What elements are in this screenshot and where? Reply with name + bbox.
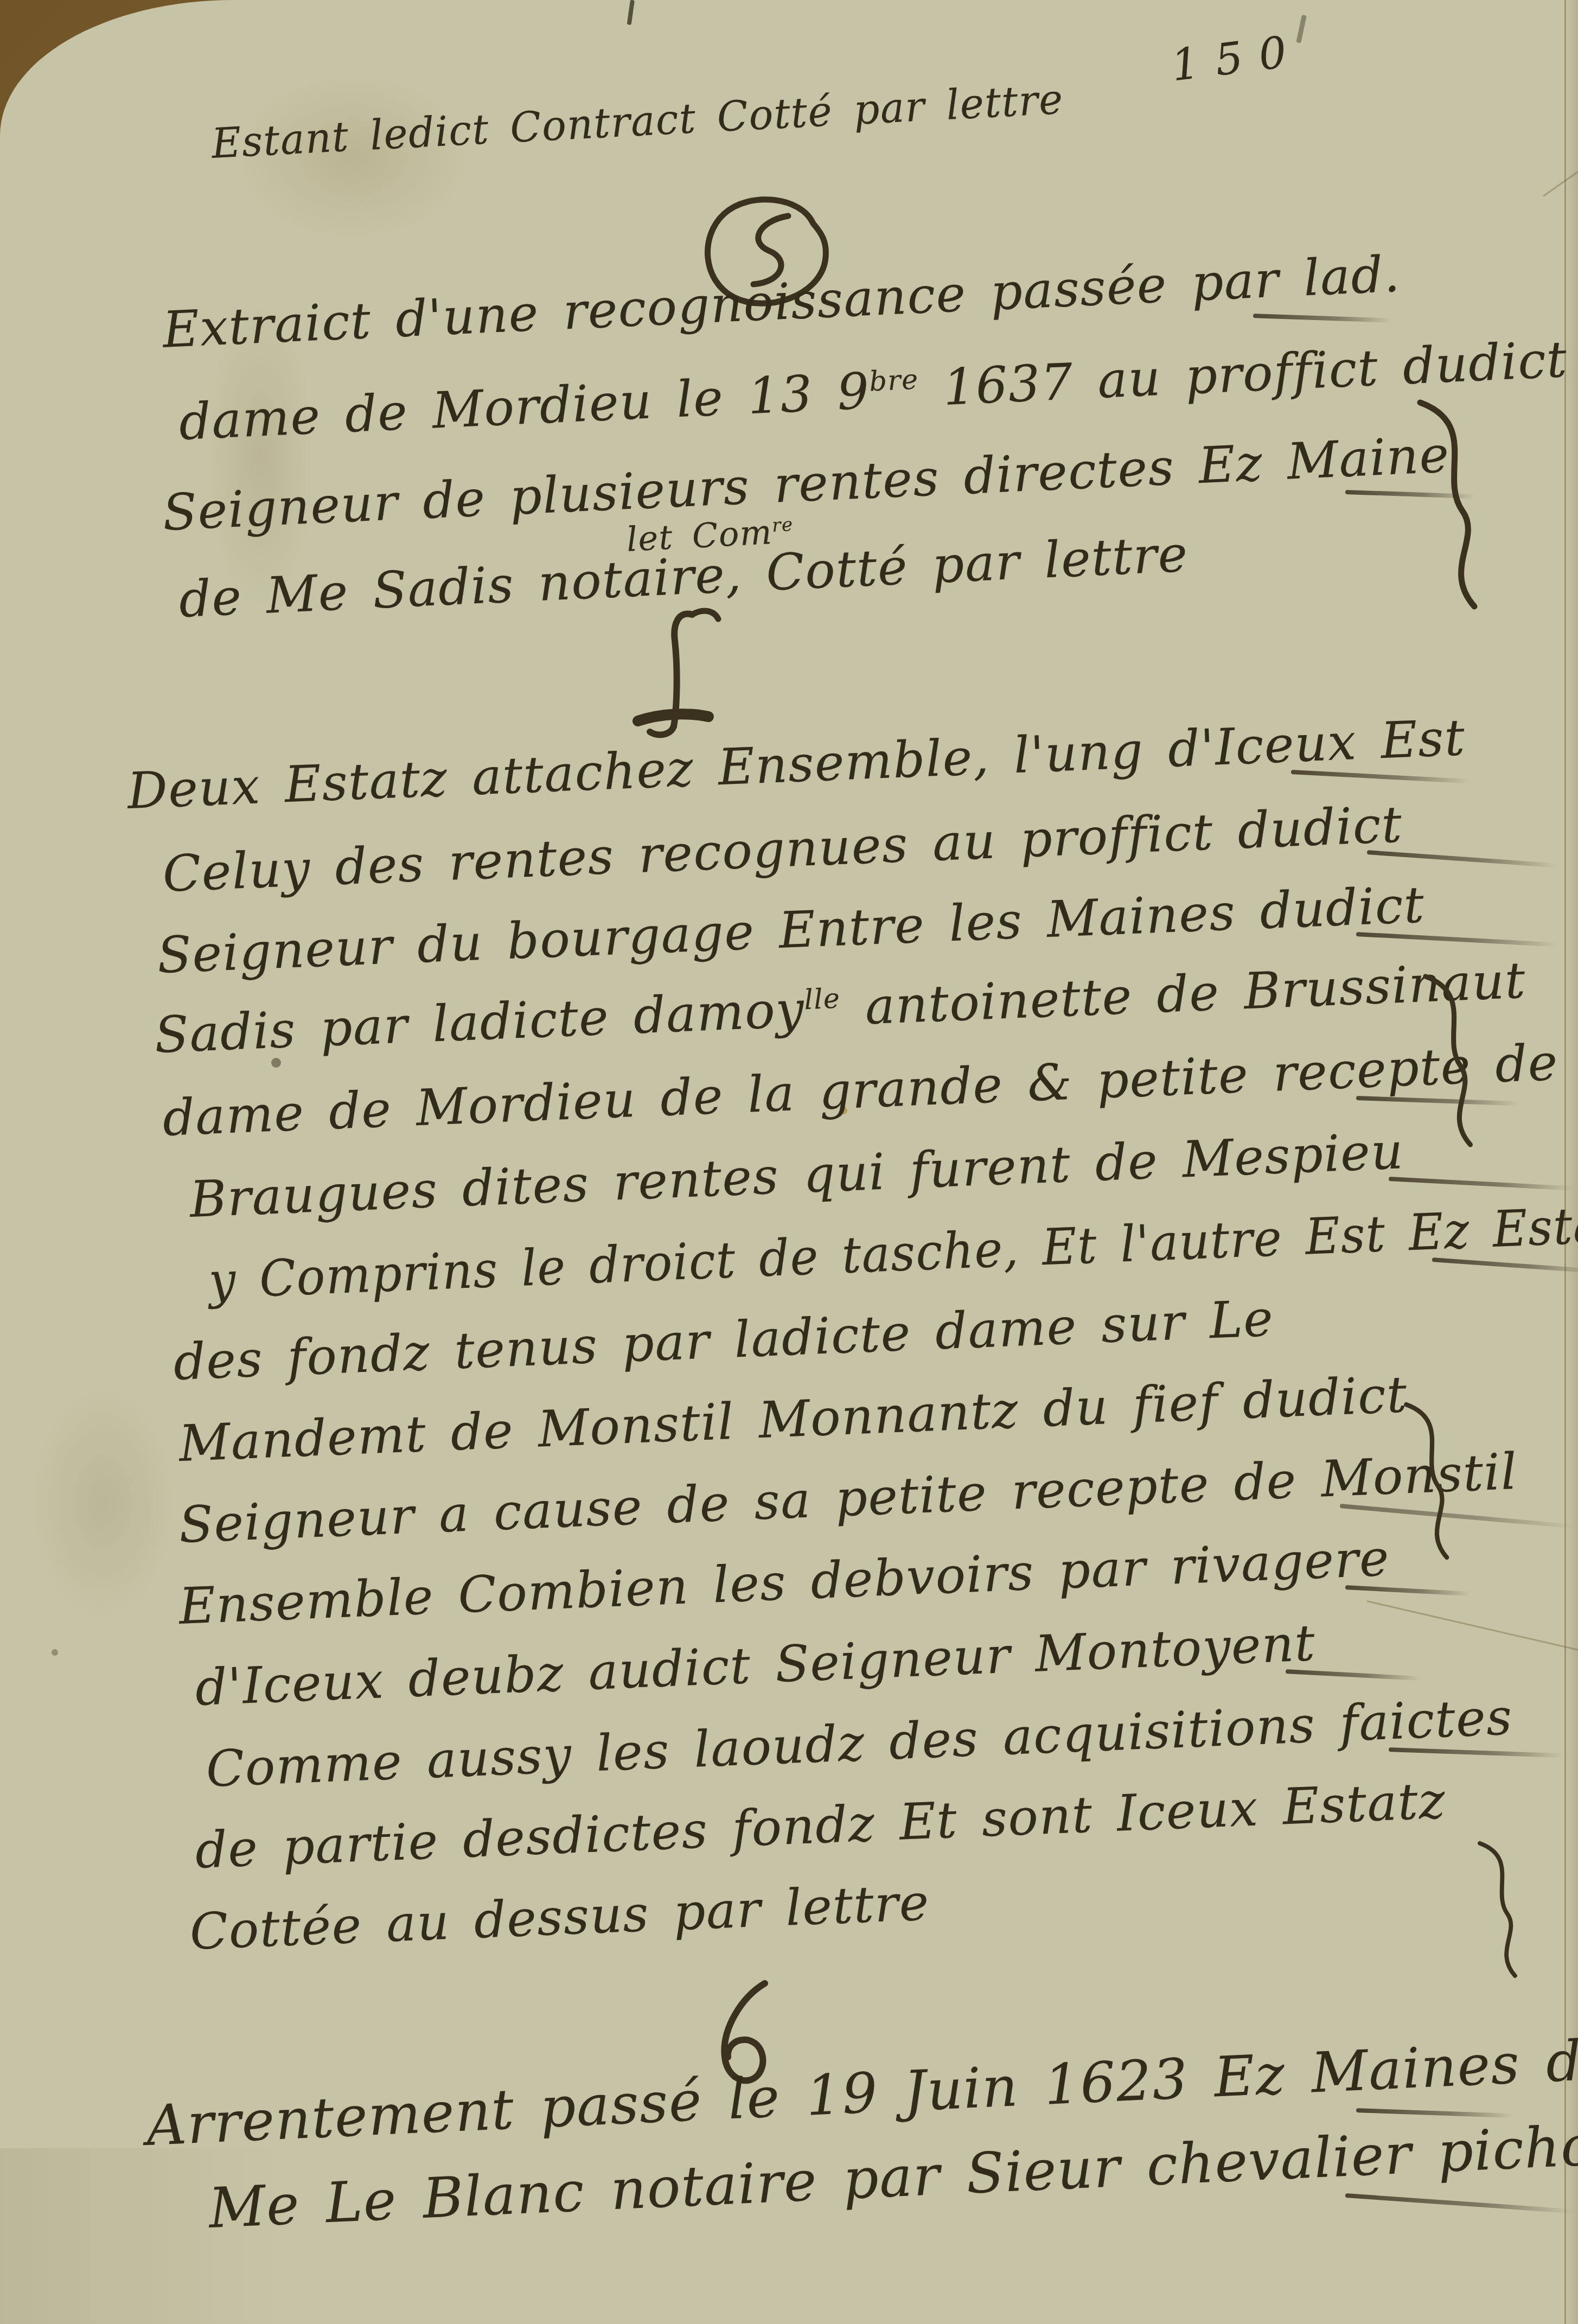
ink-brace-icon xyxy=(1410,971,1492,1150)
paper-speck xyxy=(52,1649,58,1656)
paraph-f-icon xyxy=(623,605,731,740)
superscript-text: bre xyxy=(868,363,919,397)
line-text: let Com xyxy=(625,512,774,559)
ink-brace-icon xyxy=(1389,1400,1470,1562)
ink-brace-icon xyxy=(1410,396,1492,613)
superscript-text: re xyxy=(771,514,794,537)
ink-brace-icon xyxy=(1465,1839,1535,1980)
paper-blotch xyxy=(33,1389,174,1617)
manuscript-photo: 150 Estant ledict Contract Cotté par let… xyxy=(0,0,1578,2324)
superscript-text: lle xyxy=(803,982,841,1016)
